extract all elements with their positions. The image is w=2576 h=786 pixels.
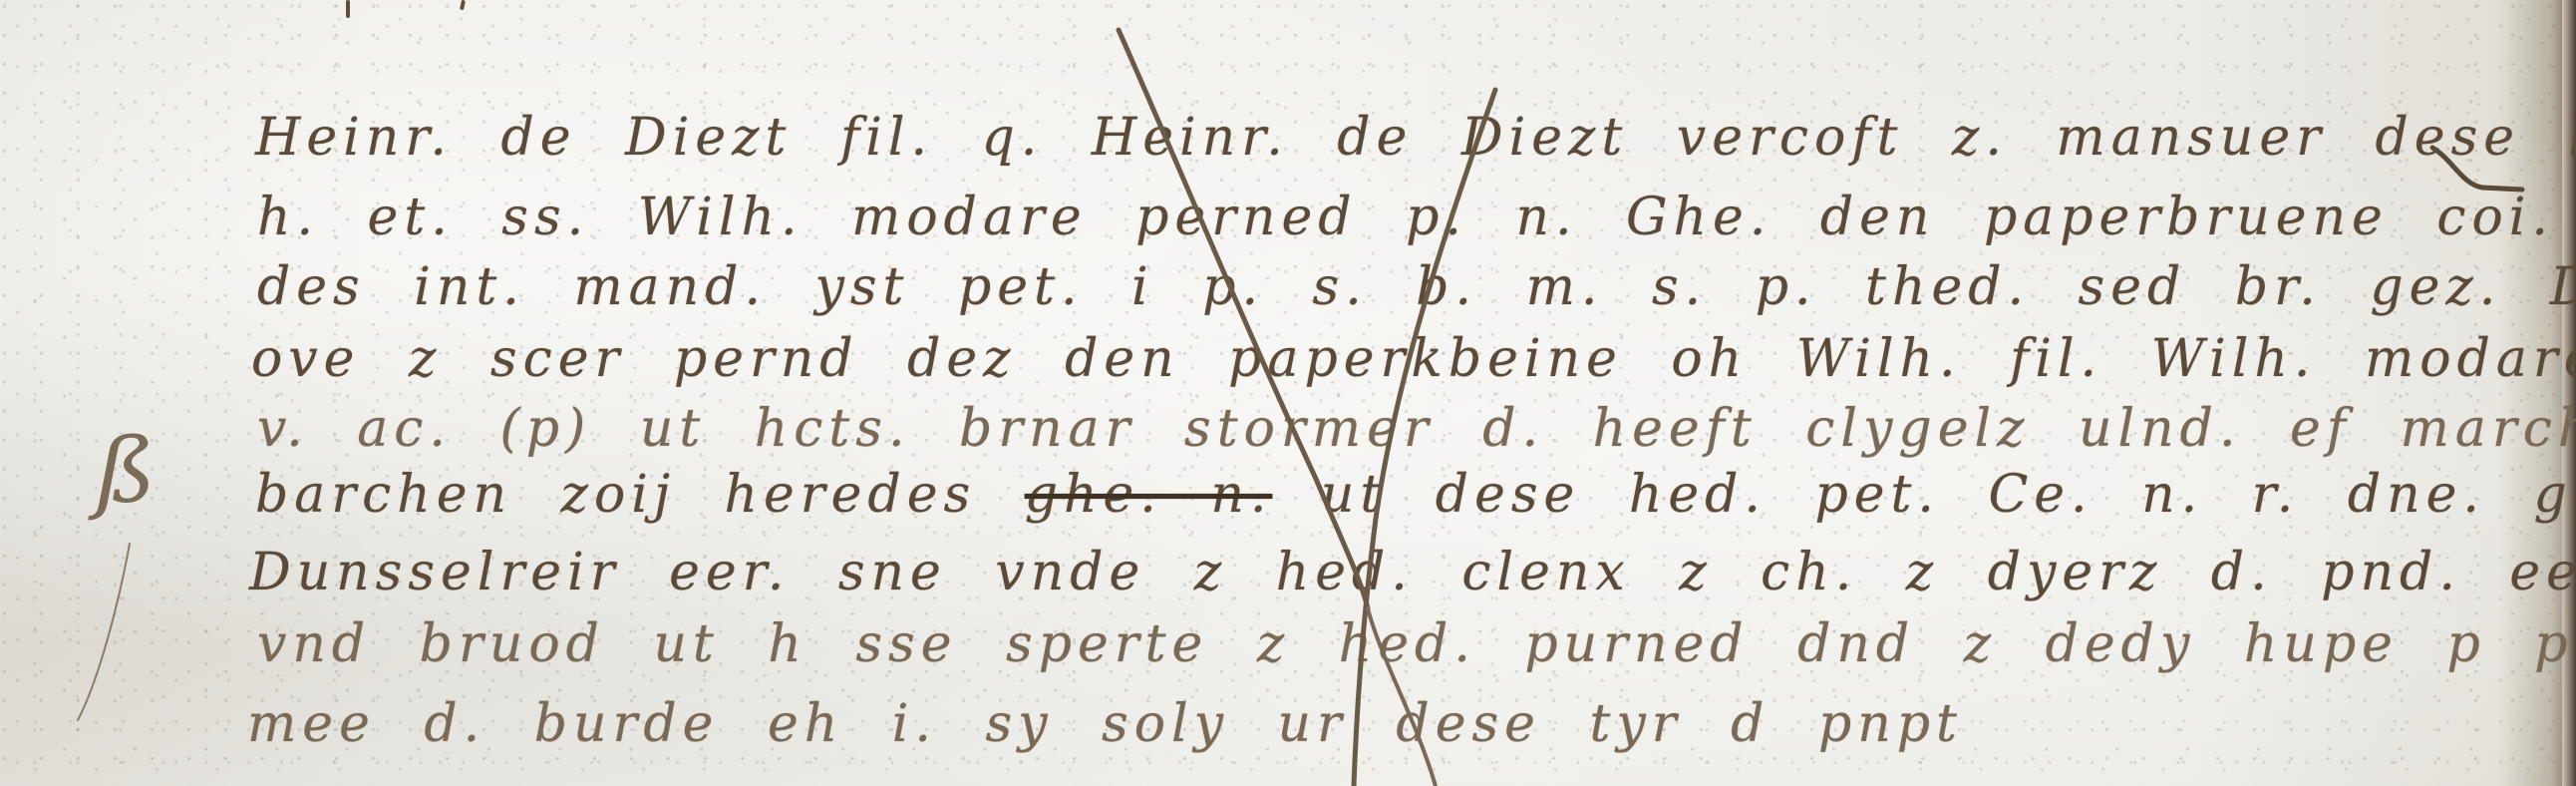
struck-through-word: ghe. n.: [1025, 465, 1273, 525]
line-6-end: ut dese hed. pet. Ce. n. r. dne. gez Dun…: [1321, 465, 2576, 525]
marginal-mark: ß: [96, 419, 156, 524]
ink-stroke-top-2: [460, 0, 466, 10]
manuscript-line-4: ove z scer pernd dez den paperkbeine oh …: [251, 333, 2576, 385]
line-6-start: barchen zoij heredes: [255, 465, 976, 525]
manuscript-page: ß Heinr. de Diezt fil. q. Heinr. de Diez…: [0, 0, 2576, 786]
manuscript-line-2: h. et. ss. Wilh. modare perned p. n. Ghe…: [257, 192, 2576, 243]
manuscript-line-6: barchen zoij heredes ghe. n. ut dese hed…: [255, 469, 2576, 521]
ink-stroke-top-1: [346, 0, 350, 18]
marginal-mark-tail: [78, 544, 130, 720]
manuscript-line-8: vnd bruod ut h sse sperte z hed. purned …: [257, 618, 2576, 670]
manuscript-line-5: v. ac. (p) ut hcts. brnar stormer d. hee…: [257, 403, 2576, 455]
manuscript-line-1: Heinr. de Diezt fil. q. Heinr. de Diezt …: [255, 112, 2576, 164]
manuscript-line-3: des int. mand. yst pet. i p. s. b. m. s.…: [257, 261, 2576, 313]
manuscript-line-7: Dunsselreir eer. sne vnde z hed. clenx z…: [249, 547, 2576, 598]
manuscript-line-9: mee d. burde eh i. sy soly ur dese tyr d…: [247, 698, 1963, 750]
